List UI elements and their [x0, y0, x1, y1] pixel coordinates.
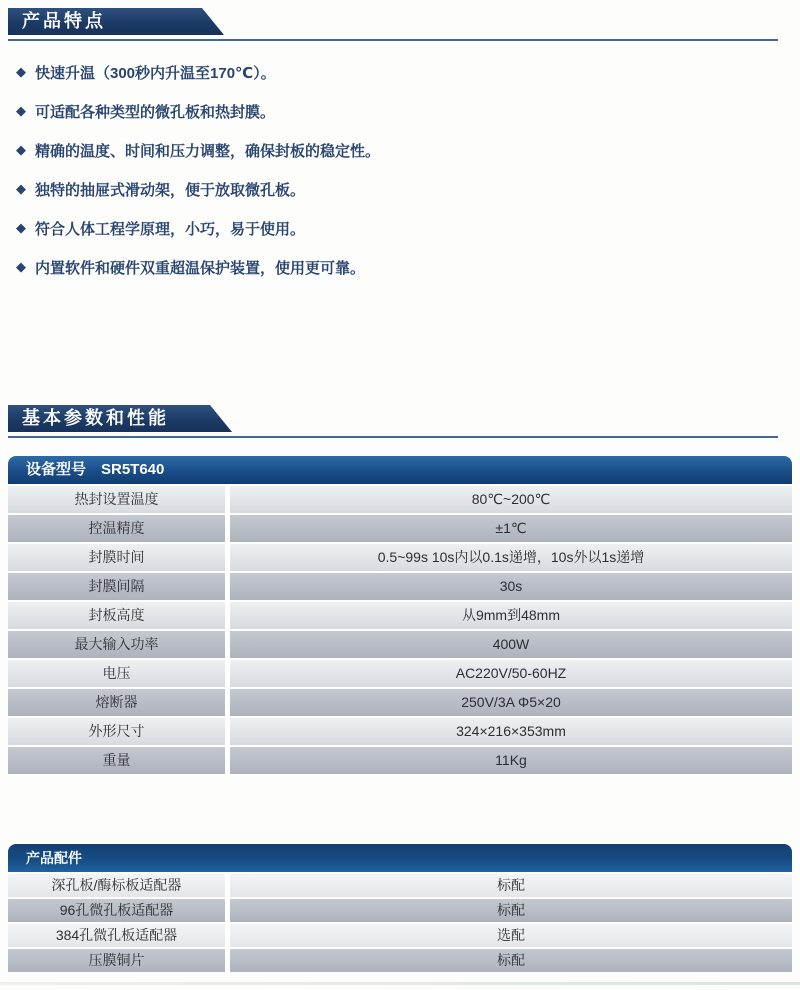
feature-text: 快速升温（300秒内升温至170℃）。 — [35, 62, 276, 83]
table-row: 96孔微孔板适配器 标配 — [8, 899, 792, 924]
accessory-label: 深孔板/酶标板适配器 — [8, 874, 230, 897]
diamond-bullet-icon: ◆ — [16, 62, 26, 82]
spec-table: 设备型号 SR5T640 热封设置温度 80℃~200℃ 控温精度 ±1℃ 封膜… — [8, 456, 792, 776]
feature-text: 独特的抽屉式滑动架，便于放取微孔板。 — [35, 179, 305, 200]
table-row: 重量 11Kg — [8, 747, 792, 776]
parameters-underline — [8, 436, 778, 438]
spec-value: 324×216×353mm — [230, 718, 792, 745]
spec-table-rows: 热封设置温度 80℃~200℃ 控温精度 ±1℃ 封膜时间 0.5~99s 10… — [8, 486, 792, 776]
feature-text: 符合人体工程学原理，小巧，易于使用。 — [35, 218, 305, 239]
table-row: 封膜时间 0.5~99s 10s内以0.1s递增，10s外以1s递增 — [8, 544, 792, 573]
feature-item: ◆ 符合人体工程学原理，小巧，易于使用。 — [16, 218, 380, 238]
feature-text: 可适配各种类型的微孔板和热封膜。 — [35, 101, 275, 122]
device-model-label: 设备型号 SR5T640 — [26, 461, 164, 478]
table-row: 最大输入功率 400W — [8, 631, 792, 660]
accessory-value: 选配 — [230, 924, 792, 947]
table-row: 封板高度 从9mm到48mm — [8, 602, 792, 631]
table-row: 384孔微孔板适配器 选配 — [8, 924, 792, 949]
diamond-bullet-icon: ◆ — [16, 101, 26, 121]
features-underline — [8, 39, 778, 41]
section-title-parameters: 基本参数和性能 — [22, 408, 169, 428]
spec-label: 封板高度 — [8, 602, 230, 629]
table-row: 电压 AC220V/50-60HZ — [8, 660, 792, 689]
spec-table-header: 设备型号 SR5T640 — [8, 456, 792, 486]
feature-text: 内置软件和硬件双重超温保护装置，使用更可靠。 — [35, 257, 365, 278]
table-row: 深孔板/酶标板适配器 标配 — [8, 874, 792, 899]
table-row: 熔断器 250V/3A Φ5×20 — [8, 689, 792, 718]
spec-label: 热封设置温度 — [8, 486, 230, 513]
spec-value: ±1℃ — [230, 515, 792, 542]
spec-value: 0.5~99s 10s内以0.1s递增，10s外以1s递增 — [230, 544, 792, 571]
table-row: 热封设置温度 80℃~200℃ — [8, 486, 792, 515]
accessory-label: 96孔微孔板适配器 — [8, 899, 230, 922]
scan-bottom-edge — [0, 982, 800, 985]
spec-label: 熔断器 — [8, 689, 230, 716]
feature-list: ◆ 快速升温（300秒内升温至170℃）。 ◆ 可适配各种类型的微孔板和热封膜。… — [16, 62, 380, 296]
spec-label: 重量 — [8, 747, 230, 774]
spec-label: 控温精度 — [8, 515, 230, 542]
table-row: 控温精度 ±1℃ — [8, 515, 792, 544]
feature-text: 精确的温度、时间和压力调整，确保封板的稳定性。 — [35, 140, 380, 161]
table-row: 压膜铜片 标配 — [8, 949, 792, 974]
section-banner-features: 产品特点 — [8, 8, 224, 35]
spec-label: 外形尺寸 — [8, 718, 230, 745]
section-banner-parameters: 基本参数和性能 — [8, 405, 232, 432]
table-row: 封膜间隔 30s — [8, 573, 792, 602]
spec-value: 从9mm到48mm — [230, 602, 792, 629]
accessories-table-header: 产品配件 — [8, 844, 792, 874]
feature-item: ◆ 精确的温度、时间和压力调整，确保封板的稳定性。 — [16, 140, 380, 160]
spec-label: 封膜间隔 — [8, 573, 230, 600]
spec-value: 80℃~200℃ — [230, 486, 792, 513]
accessory-value: 标配 — [230, 874, 792, 897]
diamond-bullet-icon: ◆ — [16, 257, 26, 277]
spec-label: 电压 — [8, 660, 230, 687]
spec-value: 250V/3A Φ5×20 — [230, 689, 792, 716]
accessory-label: 384孔微孔板适配器 — [8, 924, 230, 947]
diamond-bullet-icon: ◆ — [16, 179, 26, 199]
product-spec-page: 产品特点 ◆ 快速升温（300秒内升温至170℃）。 ◆ 可适配各种类型的微孔板… — [0, 0, 800, 990]
accessories-table-rows: 深孔板/酶标板适配器 标配 96孔微孔板适配器 标配 384孔微孔板适配器 选配… — [8, 874, 792, 974]
spec-label: 封膜时间 — [8, 544, 230, 571]
feature-item: ◆ 独特的抽屉式滑动架，便于放取微孔板。 — [16, 179, 380, 199]
diamond-bullet-icon: ◆ — [16, 140, 26, 160]
spec-label: 最大输入功率 — [8, 631, 230, 658]
feature-item: ◆ 可适配各种类型的微孔板和热封膜。 — [16, 101, 380, 121]
accessory-value: 标配 — [230, 949, 792, 972]
table-row: 外形尺寸 324×216×353mm — [8, 718, 792, 747]
section-title-features: 产品特点 — [22, 11, 106, 31]
diamond-bullet-icon: ◆ — [16, 218, 26, 238]
spec-value: 30s — [230, 573, 792, 600]
accessory-value: 标配 — [230, 899, 792, 922]
spec-value: 400W — [230, 631, 792, 658]
spec-value: AC220V/50-60HZ — [230, 660, 792, 687]
spec-value: 11Kg — [230, 747, 792, 774]
feature-item: ◆ 快速升温（300秒内升温至170℃）。 — [16, 62, 380, 82]
feature-item: ◆ 内置软件和硬件双重超温保护装置，使用更可靠。 — [16, 257, 380, 277]
accessories-title: 产品配件 — [26, 850, 82, 866]
accessories-table: 产品配件 深孔板/酶标板适配器 标配 96孔微孔板适配器 标配 384孔微孔板适… — [8, 844, 792, 974]
accessory-label: 压膜铜片 — [8, 949, 230, 972]
